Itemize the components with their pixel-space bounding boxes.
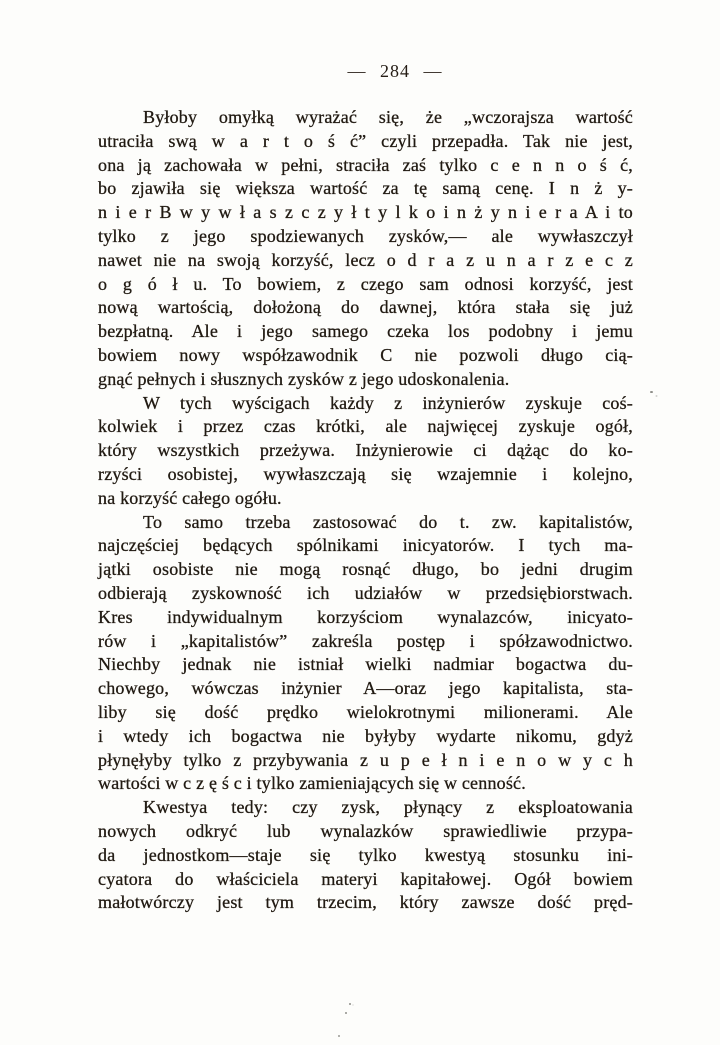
text-line: rzyści osobistej, wywłaszczają się wzaje… bbox=[98, 463, 633, 487]
text-line: odbierają zyskowność ich udziałów w prze… bbox=[98, 582, 633, 606]
text-line: n i e r B w y w ł a s z c z y ł t y l k … bbox=[98, 201, 633, 225]
text-block: Byłoby omyłką wyrażać się, że „wczorajsz… bbox=[98, 106, 633, 915]
paragraph: To samo trzeba zastosować do t. zw. kapi… bbox=[98, 511, 633, 797]
scan-speck bbox=[349, 1003, 351, 1005]
scan-speck bbox=[650, 391, 653, 393]
text-line: bezpłatną. Ale i jego samego czeka los p… bbox=[98, 320, 633, 344]
page-number: — 284 — bbox=[320, 61, 470, 82]
text-line: da jednostkom—staje się tylko kwestyą st… bbox=[98, 844, 633, 868]
scan-speck bbox=[338, 1035, 340, 1037]
text-line: liby się dość prędko wielokrotnymi milio… bbox=[98, 701, 633, 725]
text-line: ona ją zachowała w pełni, straciła zaś t… bbox=[98, 154, 633, 178]
text-line: utraciła swą w a r t o ś ć” czyli przepa… bbox=[98, 130, 633, 154]
text-line: cyatora do właściciela materyi kapitałow… bbox=[98, 868, 633, 892]
text-line: Niechby jednak nie istniał wielki nadmia… bbox=[98, 653, 633, 677]
text-line: To samo trzeba zastosować do t. zw. kapi… bbox=[98, 511, 633, 535]
text-line: chowego, wówczas inżynier A—oraz jego ka… bbox=[98, 677, 633, 701]
paragraph: Byłoby omyłką wyrażać się, że „wczorajsz… bbox=[98, 106, 633, 392]
text-line: i wtedy ich bogactwa nie byłyby wydarte … bbox=[98, 725, 633, 749]
paragraph: W tych wyścigach każdy z inżynierów zysk… bbox=[98, 392, 633, 511]
text-line: nową wartością, dołożoną do dawnej, któr… bbox=[98, 296, 633, 320]
text-line: jątki osobiste nie mogą rosnąć długo, bo… bbox=[98, 558, 633, 582]
text-line: rów i „kapitalistów” zakreśla postęp i s… bbox=[98, 630, 633, 654]
text-line: tylko z jego spodziewanych zysków,— ale … bbox=[98, 225, 633, 249]
scanned-book-page: — 284 — Byłoby omyłką wyrażać się, że „w… bbox=[0, 0, 720, 1045]
text-line: małotwórczy jest tym trzecim, który zaws… bbox=[98, 891, 633, 915]
text-line: o g ó ł u. To bowiem, z czego sam odnosi… bbox=[98, 273, 633, 297]
text-line: nawet nie na swoją korzyść, lecz o d r a… bbox=[98, 249, 633, 273]
text-line: bowiem nowy współzawodnik C nie pozwoli … bbox=[98, 344, 633, 368]
text-line: płynęłyby tylko z przybywania z u p e ł … bbox=[98, 749, 633, 773]
paragraph: Kwestya tedy: czy zysk, płynący z eksplo… bbox=[98, 796, 633, 915]
text-line: wartości w c z ę ś c i tylko zamieniając… bbox=[98, 772, 633, 796]
text-line: najczęściej będących spólnikami inicyato… bbox=[98, 534, 633, 558]
text-line: Kres indywidualnym korzyściom wynalazców… bbox=[98, 606, 633, 630]
text-line: gnąć pełnych i słusznych zysków z jego u… bbox=[98, 368, 633, 392]
text-line: na korzyść całego ogółu. bbox=[98, 487, 633, 511]
text-line: Byłoby omyłką wyrażać się, że „wczorajsz… bbox=[98, 106, 633, 130]
text-line: który wszystkich przeżywa. Inżynierowie … bbox=[98, 439, 633, 463]
text-line: bo zjawiła się większa wartość za tę sam… bbox=[98, 177, 633, 201]
text-line: kolwiek i przez czas krótki, ale najwięc… bbox=[98, 415, 633, 439]
text-line: nowych odkryć lub wynalazków sprawiedliw… bbox=[98, 820, 633, 844]
text-line: W tych wyścigach każdy z inżynierów zysk… bbox=[98, 392, 633, 416]
text-line: Kwestya tedy: czy zysk, płynący z eksplo… bbox=[98, 796, 633, 820]
